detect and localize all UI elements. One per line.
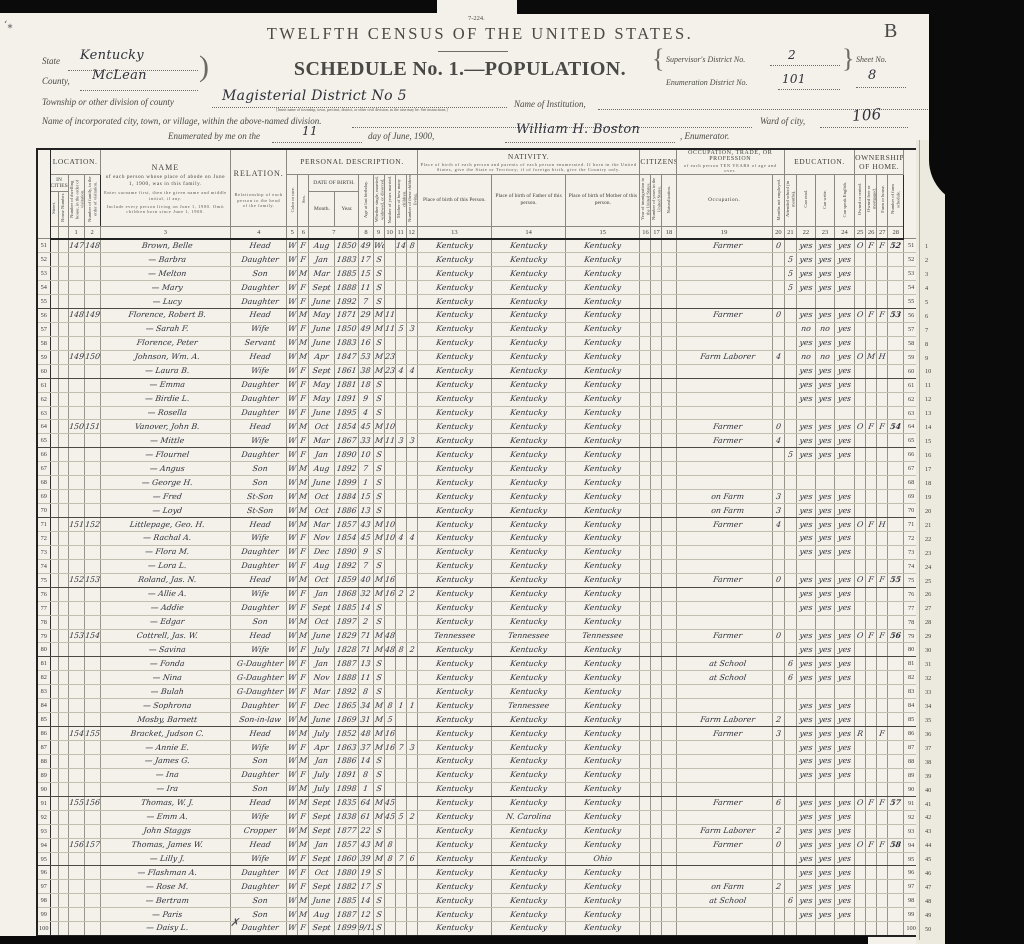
cell-age: 71	[359, 643, 373, 657]
cell-fh: H	[877, 518, 888, 532]
cell-mc	[395, 796, 406, 810]
column-number-row: 12 3 4 5 6 7 8 9 10 11 12 13 14 15 16 17…	[37, 226, 919, 239]
group-personal-description: PERSONAL DESCRIPTION.	[287, 149, 417, 174]
cell-pbf: Kentucky	[491, 406, 565, 420]
cell-fh	[877, 866, 888, 880]
cell-name: — Ina	[100, 768, 230, 782]
cell-race: W	[287, 434, 298, 448]
cell-mort	[866, 531, 877, 545]
cell-race: W	[287, 727, 298, 741]
cell-nat	[662, 267, 676, 281]
cell-by: 1857	[335, 518, 359, 532]
cell-wr: yes	[815, 894, 834, 908]
cell-rel: Son	[231, 615, 287, 629]
cell-nat	[662, 504, 676, 518]
cell-fs	[888, 281, 904, 295]
cell-pbf: Kentucky	[491, 880, 565, 894]
cell-yus	[651, 615, 662, 629]
cell-age: 4	[359, 406, 373, 420]
cell-fam	[84, 462, 100, 476]
cell-sch	[784, 824, 796, 838]
cell-imm	[640, 295, 651, 309]
cell-occ: Farmer	[676, 308, 772, 322]
cell-nat	[662, 295, 676, 309]
cell-bm: Sept	[309, 852, 335, 866]
cell-en: yes	[835, 894, 855, 908]
cell-wr: yes	[815, 545, 834, 559]
cell-wr: yes	[815, 866, 834, 880]
cell-mc	[395, 713, 406, 727]
institution-label: Name of Institution,	[514, 99, 586, 109]
cell-cl	[406, 406, 417, 420]
cell-nat	[662, 281, 676, 295]
cell-imm	[640, 741, 651, 755]
cell-fh	[877, 267, 888, 281]
cell-race: W	[287, 741, 298, 755]
table-row: 52— BarbraDaughterWFJan188317SKentuckyKe…	[37, 253, 919, 267]
cell-name: — Mittle	[100, 434, 230, 448]
table-row: 57— Sarah F.WifeWFJune185049M1153Kentuck…	[37, 322, 919, 336]
cell-fh	[877, 336, 888, 350]
cell-en	[835, 476, 855, 490]
cell-bm: Sept	[309, 364, 335, 378]
cell-pbf: Kentucky	[491, 643, 565, 657]
cell-own	[855, 824, 866, 838]
cell-street	[50, 253, 58, 267]
sheet-value: 8	[868, 68, 877, 83]
row-number-left: 74	[37, 559, 50, 573]
cell-en: yes	[835, 852, 855, 866]
cell-mne: 0	[772, 573, 784, 587]
cell-pb: Kentucky	[417, 671, 491, 685]
cell-imm	[640, 824, 651, 838]
cell-by: 1854	[335, 531, 359, 545]
cell-mc	[395, 518, 406, 532]
cell-nat	[662, 671, 676, 685]
cell-wr: no	[815, 350, 834, 364]
cell-fh	[877, 587, 888, 601]
cell-race: W	[287, 699, 298, 713]
cell-mc	[395, 308, 406, 322]
row-number-left: 86	[37, 727, 50, 741]
cell-yus	[651, 880, 662, 894]
cell-mar: S	[373, 267, 384, 281]
adjacent-row-number: 48	[925, 895, 943, 909]
cell-house	[58, 699, 68, 713]
cell-mne	[772, 657, 784, 671]
district-brace-close: }	[842, 44, 854, 74]
cell-mc	[395, 267, 406, 281]
cell-bm: Oct	[309, 420, 335, 434]
cell-sch	[784, 768, 796, 782]
cell-race: W	[287, 462, 298, 476]
cell-mort	[866, 852, 877, 866]
cell-yus	[651, 504, 662, 518]
cell-mc	[395, 281, 406, 295]
cell-house	[58, 657, 68, 671]
cell-mne: 0	[772, 308, 784, 322]
cell-imm	[640, 573, 651, 587]
cell-pb: Kentucky	[417, 768, 491, 782]
cell-fs	[888, 531, 904, 545]
cell-sch	[784, 601, 796, 615]
cell-sch	[784, 239, 796, 253]
cell-ym: 16	[384, 573, 395, 587]
table-row: 62— Birdie L.DaughterWFMay18919SKentucky…	[37, 392, 919, 406]
cell-street	[50, 908, 58, 922]
adjacent-row-number: 24	[925, 561, 943, 575]
cell-house	[58, 295, 68, 309]
cell-en: yes	[835, 518, 855, 532]
col-header-months-not-employed: Months not employed.	[772, 174, 784, 226]
cell-fs	[888, 782, 904, 796]
cell-mc	[395, 922, 406, 936]
cell-nat	[662, 629, 676, 643]
cell-mar: S	[373, 824, 384, 838]
cell-bm: June	[309, 713, 335, 727]
cell-ym	[384, 545, 395, 559]
cell-sch	[784, 420, 796, 434]
cell-ym	[384, 253, 395, 267]
cell-dw: 151	[68, 518, 84, 532]
cell-sch	[784, 629, 796, 643]
cell-house	[58, 531, 68, 545]
cell-rd	[796, 685, 815, 699]
state-value: Kentucky	[80, 48, 144, 63]
cell-street	[50, 643, 58, 657]
cell-fh: H	[877, 350, 888, 364]
cell-rel: Wife	[231, 322, 287, 336]
col-header-marital-status: Whether single, married, widowed, or div…	[373, 174, 384, 226]
cell-age: 9/12	[359, 922, 373, 936]
cell-mort: F	[866, 239, 877, 253]
cell-occ	[676, 545, 772, 559]
cell-mort: F	[866, 308, 877, 322]
cell-bm: Aug	[309, 908, 335, 922]
cell-occ	[676, 253, 772, 267]
row-number-left: 98	[37, 894, 50, 908]
cell-cl	[406, 545, 417, 559]
cell-race: W	[287, 490, 298, 504]
scan-edge-top-left	[0, 0, 437, 13]
cell-fh	[877, 852, 888, 866]
cell-by: 1871	[335, 308, 359, 322]
cell-own: R	[855, 727, 866, 741]
adjacent-row-number: 34	[925, 700, 943, 714]
cell-by: 1890	[335, 448, 359, 462]
adjacent-row-number: 36	[925, 728, 943, 742]
cell-mort	[866, 267, 877, 281]
cell-pbm: Kentucky	[566, 713, 640, 727]
cell-rd	[796, 462, 815, 476]
cell-wr: yes	[815, 824, 834, 838]
cell-pb: Tennessee	[417, 629, 491, 643]
table-row: 69— FredSt-SonWMOct188415SKentuckyKentuc…	[37, 490, 919, 504]
cell-house	[58, 281, 68, 295]
cell-pb: Kentucky	[417, 782, 491, 796]
cell-sex: M	[298, 573, 309, 587]
cell-mne: 4	[772, 350, 784, 364]
cell-fam: 150	[84, 350, 100, 364]
adjacent-row-number: 42	[925, 811, 943, 825]
cell-race: W	[287, 782, 298, 796]
table-row: 79153154Cottrell, Jas. W.HeadWMJune18297…	[37, 629, 919, 643]
cell-wr	[815, 685, 834, 699]
cell-age: 1	[359, 782, 373, 796]
cell-imm	[640, 559, 651, 573]
cell-age: 43	[359, 838, 373, 852]
table-row: 87— Annie E.WifeWFApr186337M1673Kentucky…	[37, 741, 919, 755]
cell-mc: 7	[395, 741, 406, 755]
cell-ym	[384, 894, 395, 908]
cell-cl	[406, 671, 417, 685]
cell-mne	[772, 531, 784, 545]
cell-rel: St-Son	[231, 504, 287, 518]
cell-street	[50, 420, 58, 434]
cell-mort	[866, 406, 877, 420]
adjacent-row-number: 17	[925, 463, 943, 477]
cell-own	[855, 908, 866, 922]
cell-mar: S	[373, 657, 384, 671]
adjacent-row-number: 44	[925, 839, 943, 853]
cell-name: — Fonda	[100, 657, 230, 671]
cell-by: 1854	[335, 420, 359, 434]
cell-mar: M	[373, 741, 384, 755]
cell-pb: Kentucky	[417, 796, 491, 810]
cell-occ	[676, 559, 772, 573]
cell-dw	[68, 880, 84, 894]
cell-pb: Kentucky	[417, 476, 491, 490]
cell-rel: Head	[231, 239, 287, 253]
cell-mar: M	[373, 420, 384, 434]
cell-age: 7	[359, 559, 373, 573]
cell-sch	[784, 852, 796, 866]
table-row: 58Florence, PeterServantWMJune188316SKen…	[37, 336, 919, 350]
adjacent-row-number: 16	[925, 449, 943, 463]
cell-rel: Wife	[231, 434, 287, 448]
cell-race: W	[287, 253, 298, 267]
cell-street	[50, 406, 58, 420]
cell-imm	[640, 267, 651, 281]
cell-name: — Lucy	[100, 295, 230, 309]
cell-bm: Oct	[309, 866, 335, 880]
cell-race: W	[287, 531, 298, 545]
cell-name: — Emm A.	[100, 810, 230, 824]
row-number-left: 70	[37, 504, 50, 518]
cell-bm: May	[309, 378, 335, 392]
cell-cl	[406, 559, 417, 573]
cell-dw	[68, 601, 84, 615]
census-table-body: 51147148Brown, BelleHeadWFAug185049Wd148…	[37, 239, 919, 936]
cell-dw	[68, 448, 84, 462]
cell-yus	[651, 462, 662, 476]
row-number-left: 60	[37, 364, 50, 378]
cell-race: W	[287, 308, 298, 322]
cell-mc: 7	[395, 852, 406, 866]
cell-name: — Rachal A.	[100, 531, 230, 545]
form-number: 7-224.	[468, 15, 485, 22]
cell-bm: July	[309, 643, 335, 657]
cell-rd: yes	[796, 838, 815, 852]
cell-age: 15	[359, 490, 373, 504]
col-header-birthplace-father: Place of birth of Father of this person.	[491, 174, 565, 226]
cell-mne	[772, 768, 784, 782]
cell-own	[855, 392, 866, 406]
cell-imm	[640, 434, 651, 448]
cell-mne: 3	[772, 490, 784, 504]
cell-mc	[395, 406, 406, 420]
cell-name: — Bulah	[100, 685, 230, 699]
adjacent-row-number: 30	[925, 644, 943, 658]
cell-nat	[662, 587, 676, 601]
cell-sex: F	[298, 434, 309, 448]
cell-pb: Kentucky	[417, 657, 491, 671]
cell-rel: Daughter	[231, 406, 287, 420]
cell-ym	[384, 267, 395, 281]
cell-en: yes	[835, 308, 855, 322]
cell-own	[855, 643, 866, 657]
cell-wr: yes	[815, 336, 834, 350]
cell-mne	[772, 336, 784, 350]
cell-en	[835, 922, 855, 936]
cell-mne	[772, 545, 784, 559]
cell-mc	[395, 448, 406, 462]
cell-by: 1861	[335, 364, 359, 378]
adjacent-row-number: 22	[925, 533, 943, 547]
cell-mc	[395, 573, 406, 587]
cell-occ	[676, 267, 772, 281]
cell-street	[50, 490, 58, 504]
cell-ym	[384, 908, 395, 922]
cell-rel: Son	[231, 462, 287, 476]
cell-pb: Kentucky	[417, 894, 491, 908]
cell-mc	[395, 378, 406, 392]
cell-pbm: Tennessee	[566, 629, 640, 643]
cell-en: yes	[835, 824, 855, 838]
cell-rel: Head	[231, 308, 287, 322]
cell-dw: 153	[68, 629, 84, 643]
cell-race: W	[287, 476, 298, 490]
cell-mne	[772, 559, 784, 573]
cell-mar: S	[373, 754, 384, 768]
cell-rd: yes	[796, 434, 815, 448]
col-header-can-read: Can read.	[796, 174, 815, 226]
cell-wr: yes	[815, 727, 834, 741]
cell-by: 1857	[335, 838, 359, 852]
cell-nat	[662, 448, 676, 462]
cell-nat	[662, 768, 676, 782]
cell-street	[50, 922, 58, 936]
cell-pbf: Kentucky	[491, 741, 565, 755]
cell-en: yes	[835, 420, 855, 434]
cell-fs	[888, 685, 904, 699]
cell-name: — Sarah F.	[100, 322, 230, 336]
cell-wr: yes	[815, 699, 834, 713]
cell-fs	[888, 880, 904, 894]
cell-imm	[640, 615, 651, 629]
cell-race: W	[287, 281, 298, 295]
cell-wr: yes	[815, 908, 834, 922]
cell-name: John Staggs	[100, 824, 230, 838]
cell-pbf: Kentucky	[491, 866, 565, 880]
cell-mar: M	[373, 810, 384, 824]
cell-pbm: Kentucky	[566, 908, 640, 922]
cell-race: W	[287, 559, 298, 573]
cell-rd: yes	[796, 267, 815, 281]
cell-mne: 4	[772, 434, 784, 448]
cell-wr: yes	[815, 838, 834, 852]
cell-yus	[651, 308, 662, 322]
adjacent-row-number: 49	[925, 909, 943, 923]
cell-en: yes	[835, 908, 855, 922]
row-number-left: 93	[37, 824, 50, 838]
cell-yus	[651, 518, 662, 532]
cell-occ	[676, 782, 772, 796]
adjacent-row-number: 3	[925, 268, 943, 282]
cell-rd: yes	[796, 448, 815, 462]
cell-dw: 148	[68, 308, 84, 322]
cell-rel: Servant	[231, 336, 287, 350]
cell-age: 8	[359, 768, 373, 782]
cell-fs	[888, 350, 904, 364]
cell-yus	[651, 796, 662, 810]
cell-wr: yes	[815, 657, 834, 671]
cell-sex: M	[298, 518, 309, 532]
row-number-left: 76	[37, 587, 50, 601]
cell-rd: yes	[796, 713, 815, 727]
cell-house	[58, 810, 68, 824]
cell-rd: yes	[796, 671, 815, 685]
cell-mort	[866, 615, 877, 629]
cell-occ	[676, 462, 772, 476]
cell-mar: S	[373, 908, 384, 922]
cell-mne	[772, 866, 784, 880]
cell-ym: 5	[384, 713, 395, 727]
adjacent-row-number: 35	[925, 714, 943, 728]
cell-fh	[877, 559, 888, 573]
cell-street	[50, 796, 58, 810]
cell-nat	[662, 713, 676, 727]
cell-nat	[662, 657, 676, 671]
cell-age: 29	[359, 308, 373, 322]
cell-pb: Kentucky	[417, 434, 491, 448]
cell-fam	[84, 810, 100, 824]
row-number-left: 78	[37, 615, 50, 629]
cell-yus	[651, 448, 662, 462]
state-county-brace: )	[199, 50, 209, 84]
cell-imm	[640, 378, 651, 392]
cell-mne	[772, 601, 784, 615]
cell-pbf: Kentucky	[491, 615, 565, 629]
cell-mort	[866, 699, 877, 713]
cell-pbf: Kentucky	[491, 253, 565, 267]
cell-own	[855, 754, 866, 768]
cell-wr: yes	[815, 518, 834, 532]
cell-rd: yes	[796, 643, 815, 657]
cell-by: 1899	[335, 476, 359, 490]
cell-dw: 156	[68, 838, 84, 852]
cell-mc	[395, 559, 406, 573]
cell-own	[855, 322, 866, 336]
table-row: 54— MaryDaughterWFSept188811SKentuckyKen…	[37, 281, 919, 295]
col-header-years-married: Number of years married.	[384, 174, 395, 226]
cell-yus	[651, 392, 662, 406]
cell-own	[855, 587, 866, 601]
cell-dw	[68, 643, 84, 657]
cell-sch	[784, 880, 796, 894]
cell-race: W	[287, 615, 298, 629]
cell-house	[58, 685, 68, 699]
